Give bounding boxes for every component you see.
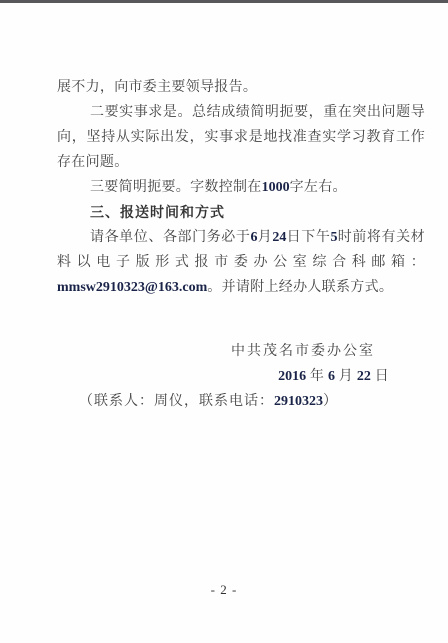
submission-text-5: 。并请附上经办人联系方式。 <box>207 280 393 295</box>
contact-text-end: ） <box>323 394 338 409</box>
deadline-day-number: 24 <box>272 230 286 245</box>
submission-text-2: 月 <box>257 230 272 245</box>
date-month-number: 6 <box>328 369 335 384</box>
paragraph-submission: 请各单位、各部门务必于6月24日下午5时前将有关材料以电子版形式报市委办公室综合… <box>57 225 425 300</box>
date-month-label: 月 <box>335 369 357 384</box>
email-address: mmsw2910323@163.com <box>57 280 207 295</box>
date-day-label: 日 <box>371 369 389 384</box>
signature-block: 中共茂名市委办公室 2016 年 6 月 22 日 <box>57 339 425 389</box>
submission-text-1: 请各单位、各部门务必于 <box>90 230 250 245</box>
contact-line: （联系人：周仪，联系电话：2910323） <box>57 389 425 414</box>
signature-date: 2016 年 6 月 22 日 <box>57 364 425 389</box>
word-count-number: 1000 <box>262 180 290 195</box>
paragraph-third-point-text-end: 字左右。 <box>290 180 347 195</box>
paragraph-third-point-text: 三要简明扼要。字数控制在 <box>90 180 262 195</box>
date-year-number: 2016 <box>278 369 306 384</box>
page-number: - 2 - <box>0 582 448 598</box>
window-top-edge <box>0 0 448 3</box>
contact-text: （联系人：周仪，联系电话： <box>79 394 274 409</box>
paragraph-third-point: 三要简明扼要。字数控制在1000字左右。 <box>57 175 425 200</box>
section-heading: 三、报送时间和方式 <box>57 200 425 225</box>
submission-text-3: 日下午 <box>286 230 330 245</box>
date-year-label: 年 <box>306 369 328 384</box>
paragraph-second-point: 二要实事求是。总结成绩简明扼要，重在突出问题导向，坚持从实际出发，实事求是地找准… <box>57 100 425 175</box>
date-day-number: 22 <box>357 369 371 384</box>
signature-organization: 中共茂名市委办公室 <box>57 339 425 364</box>
contact-phone-number: 2910323 <box>274 394 323 409</box>
document-content: 展不力，向市委主要领导报告。 二要实事求是。总结成绩简明扼要，重在突出问题导向，… <box>57 75 425 414</box>
paragraph-continuation: 展不力，向市委主要领导报告。 <box>57 75 425 100</box>
